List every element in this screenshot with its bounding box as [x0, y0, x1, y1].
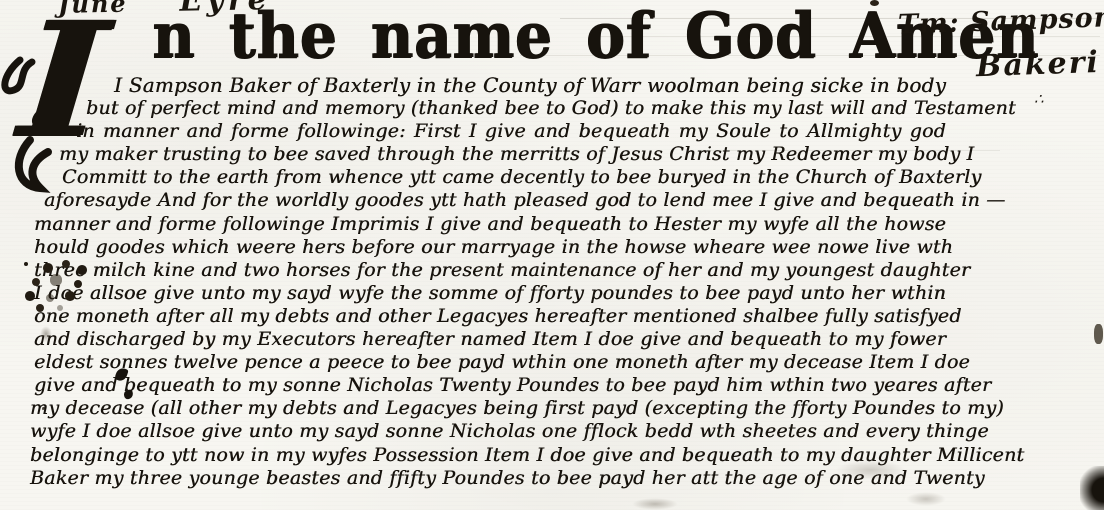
page-edge-mark — [1094, 324, 1103, 344]
margin-note-line1: Tm: Sampsonis — [898, 2, 1104, 40]
body-line: eldest sonnes twelve pence a peece to be… — [34, 351, 946, 374]
paper-smudge — [906, 492, 946, 506]
body-line: my decease (all other my debts and Legac… — [30, 397, 946, 420]
manuscript-page: JuneEyre I n the name of God Amen Tm: Sa… — [0, 0, 1104, 510]
body-line: in manner and forme followinge: First I … — [34, 120, 946, 143]
body-line: Committ to the earth from whence ytt cam… — [34, 166, 946, 189]
ink-smudge — [40, 326, 52, 342]
body-line: hould goodes which weere hers before our… — [34, 236, 946, 259]
body-line: wyfe I doe allsoe give unto my sayd sonn… — [30, 420, 946, 443]
will-body-text: I Sampson Baker of Baxterly in the Count… — [34, 74, 946, 490]
body-line: and discharged by my Executors hereafter… — [34, 328, 946, 351]
margin-note-mark: ∴ — [1034, 90, 1104, 108]
corner-ink-stain — [1080, 466, 1104, 510]
body-line: give and bequeath to my sonne Nicholas T… — [34, 374, 946, 397]
body-line: my maker trusting to bee saved through t… — [34, 143, 946, 166]
paper-smudge — [632, 498, 678, 510]
body-line: aforesayde And for the worldly goodes yt… — [34, 189, 946, 212]
body-line: I Sampson Baker of Baxterly in the Count… — [34, 74, 946, 97]
body-line: I doe allsoe give unto my sayd wyfe the … — [34, 282, 946, 305]
body-line: three milch kine and two horses for the … — [34, 259, 946, 282]
ink-speck — [870, 0, 879, 6]
body-line: manner and forme followinge Imprimis I g… — [34, 213, 946, 236]
paper-smudge — [836, 460, 906, 480]
ink-blot-cluster — [24, 262, 28, 266]
body-line: but of perfect mind and memory (thanked … — [34, 97, 946, 120]
margin-note-line2: Bakeri — [975, 45, 1104, 84]
body-line: one moneth after all my debts and other … — [34, 305, 946, 328]
body-line: belonginge to ytt now in my wyfes Posses… — [30, 444, 946, 467]
body-line: Baker my three younge beastes and ffifty… — [30, 467, 946, 490]
